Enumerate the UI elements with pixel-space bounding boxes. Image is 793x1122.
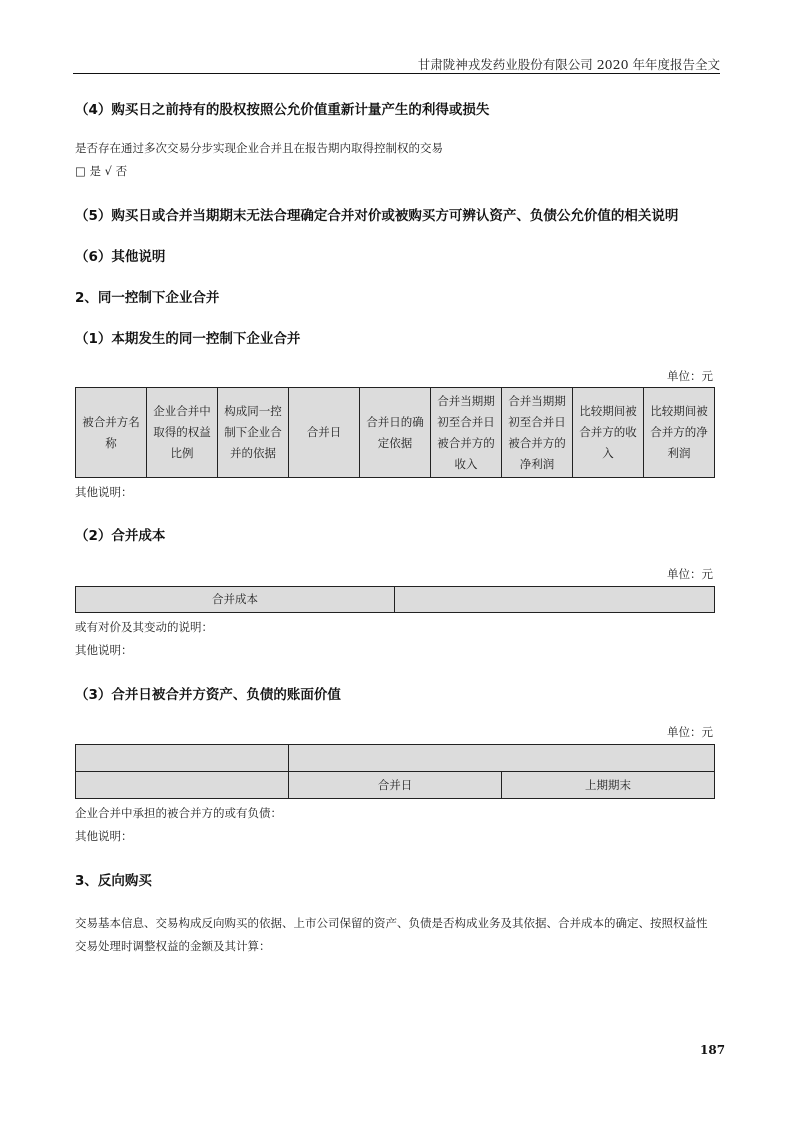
merger-cost-table: 合并成本: [75, 586, 715, 613]
sub3-heading: （3）合并日被合并方资产、负债的账面价值: [75, 683, 341, 703]
section-4-heading: （4）购买日之前持有的股权按照公允价值重新计量产生的利得或损失: [75, 98, 489, 118]
header-cell-comparative-revenue: 比较期间被合并方的收入: [573, 388, 644, 478]
table-row: 合并日 上期期末: [76, 772, 715, 799]
table-row: [76, 745, 715, 772]
section-4-question: 是否存在通过多次交易分步实现企业合并且在报告期内取得控制权的交易: [75, 140, 443, 156]
header-cell-period-revenue: 合并当期期初至合并日被合并方的收入: [431, 388, 502, 478]
header-cell-period-net-profit: 合并当期期初至合并日被合并方的净利润: [502, 388, 573, 478]
section-5-heading: （5）购买日或合并当期期末无法合理确定合并对价或被购买方可辨认资产、负债公允价值…: [75, 204, 678, 224]
sub3-other-note: 其他说明：: [75, 828, 133, 844]
header-cell-control-basis: 构成同一控制下企业合并的依据: [218, 388, 289, 478]
header-divider: [73, 73, 720, 74]
table-header-row: 被合并方名称 企业合并中取得的权益比例 构成同一控制下企业合并的依据 合并日 合…: [76, 388, 715, 478]
header-cell-equity-ratio: 企业合并中取得的权益比例: [147, 388, 218, 478]
sub2-contingent-note: 或有对价及其变动的说明：: [75, 619, 213, 635]
sub3-unit-label: 单位：元: [667, 724, 713, 740]
merger-cost-label-cell: 合并成本: [76, 587, 395, 613]
book-value-table: 合并日 上期期末: [75, 744, 715, 799]
section-3-heading: 3、反向购买: [75, 869, 152, 889]
table-row: 合并成本: [76, 587, 715, 613]
header-cell-acquiree-name: 被合并方名称: [76, 388, 147, 478]
merger-date-header-cell: 合并日: [289, 772, 502, 799]
prior-period-end-header-cell: 上期期末: [502, 772, 715, 799]
table-cell: [76, 772, 289, 799]
table-cell: [289, 745, 715, 772]
sub1-heading: （1）本期发生的同一控制下企业合并: [75, 327, 300, 347]
table-cell: [76, 745, 289, 772]
section-2-heading: 2、同一控制下企业合并: [75, 286, 219, 306]
same-control-merger-table: 被合并方名称 企业合并中取得的权益比例 构成同一控制下企业合并的依据 合并日 合…: [75, 387, 715, 478]
sub1-other-note: 其他说明：: [75, 484, 133, 500]
header-cell-date-basis: 合并日的确定依据: [360, 388, 431, 478]
section-4-options: □ 是 √ 否: [75, 163, 127, 179]
report-header-title: 甘肃陇神戎发药业股份有限公司 2020 年年度报告全文: [418, 55, 720, 73]
sub2-unit-label: 单位：元: [667, 566, 713, 582]
sub2-heading: （2）合并成本: [75, 524, 165, 544]
header-cell-merger-date: 合并日: [289, 388, 360, 478]
section-3-paragraph: 交易基本信息、交易构成反向购买的依据、上市公司保留的资产、负债是否构成业务及其依…: [75, 912, 717, 958]
page-number: 187: [700, 1043, 725, 1057]
merger-cost-value-cell: [395, 587, 715, 613]
sub1-unit-label: 单位：元: [667, 368, 713, 384]
sub3-liability-note: 企业合并中承担的被合并方的或有负债：: [75, 805, 282, 821]
header-cell-comparative-net-profit: 比较期间被合并方的净利润: [644, 388, 715, 478]
section-6-heading: （6）其他说明: [75, 245, 165, 265]
sub2-other-note: 其他说明：: [75, 642, 133, 658]
